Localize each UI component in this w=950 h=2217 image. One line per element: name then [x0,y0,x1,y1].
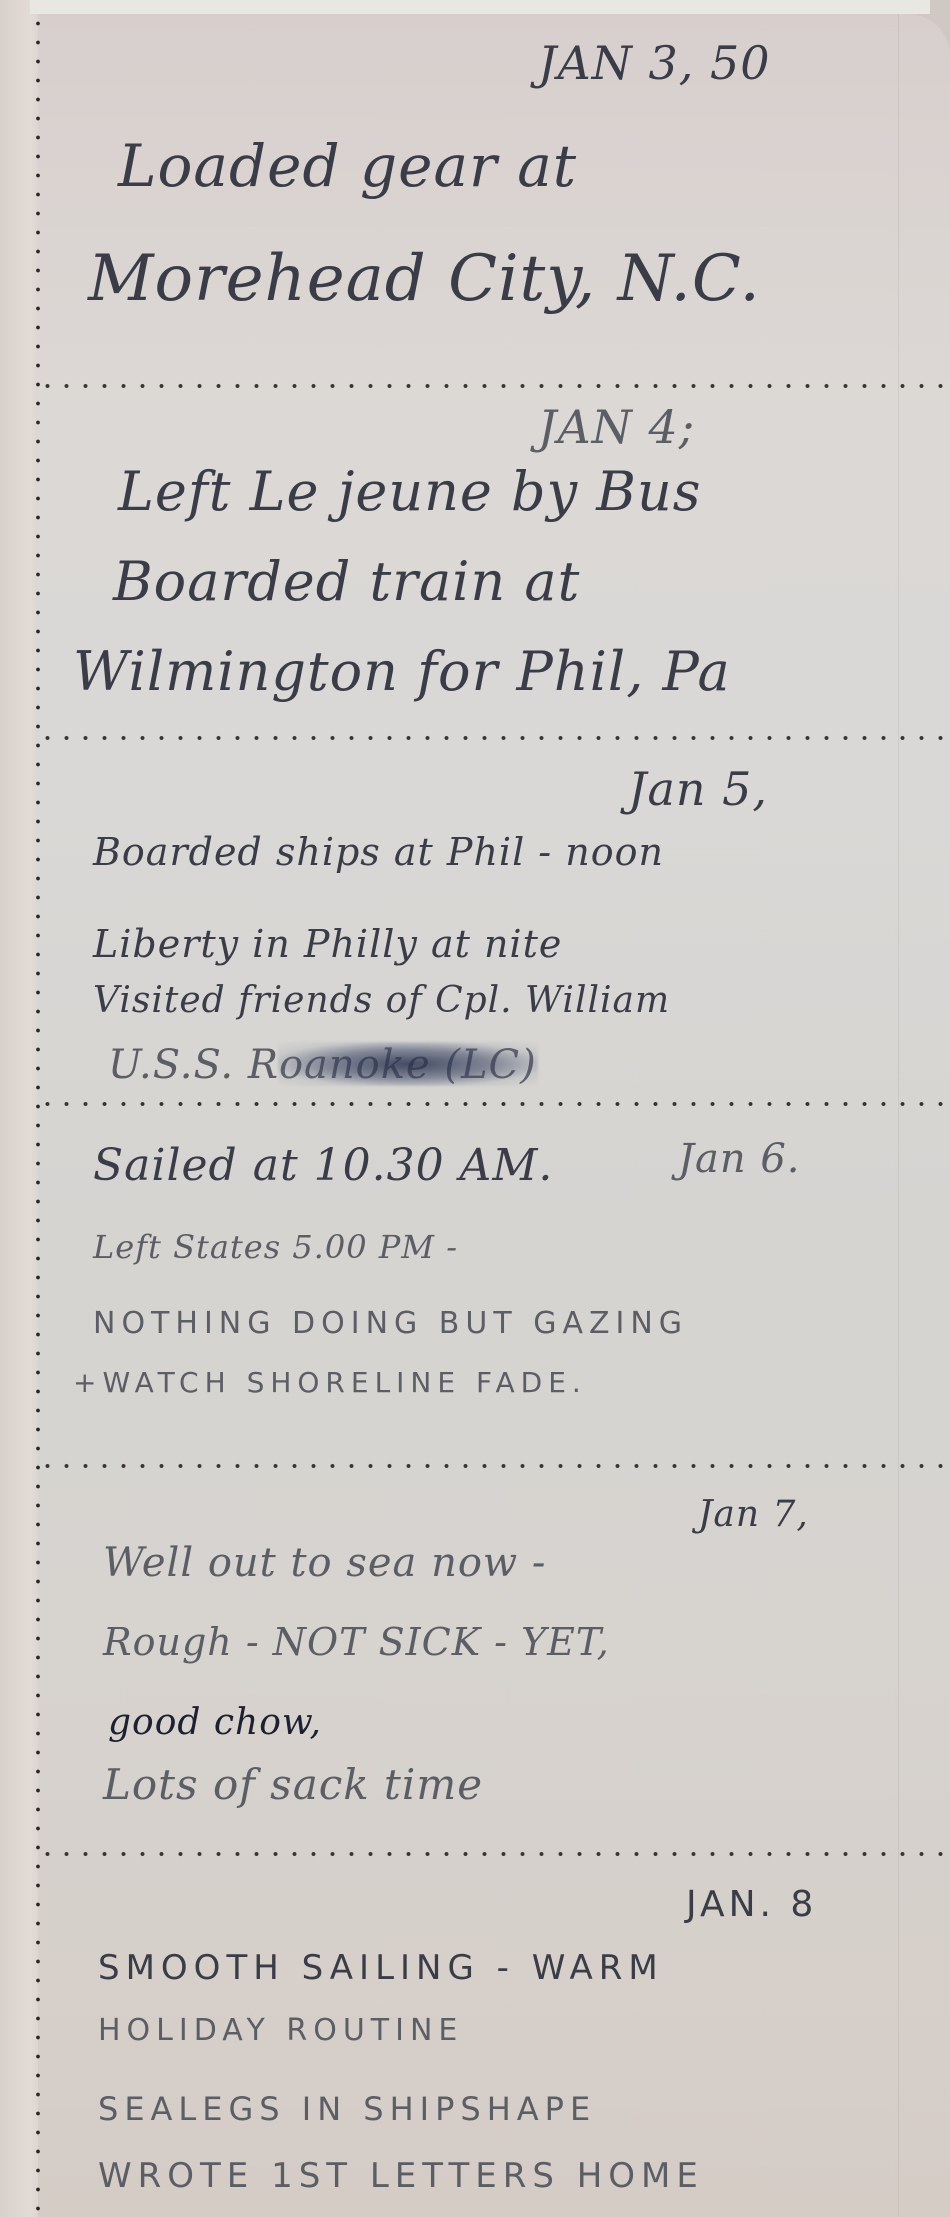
diary-entry-jan-6: Jan 6. Sailed at 10.30 AM. Left States 5… [38,1108,950,1458]
entry-date: Jan 6. [678,1136,801,1182]
entry-line: NOTHING DOING BUT GAZING [93,1306,688,1341]
entry-date: JAN 4; [538,400,695,454]
entry-line: Boarded train at [113,550,580,613]
binding-perforation [34,14,42,2217]
entry-line: HOLIDAY ROUTINE [98,2013,463,2048]
entry-line: Well out to sea now - [103,1540,546,1586]
perforation-line [38,734,950,742]
diary-entry-jan-5: Jan 5, Boarded ships at Phil - noon Libe… [38,742,950,1102]
next-page-edge [30,0,930,14]
entry-line: Wilmington for Phil, Pa [73,640,731,703]
entry-line: good chow, [108,1702,322,1743]
entry-line: Visited friends of Cpl. William [93,980,670,1021]
entry-line: Morehead City, N.C. [88,242,761,316]
perforation-line [38,1850,950,1858]
entry-line: Sailed at 10.30 AM. [93,1140,553,1191]
entry-line: Liberty in Philly at nite [93,922,562,966]
diary-page: JAN 3, 50 Loaded gear at Morehead City, … [38,14,950,2217]
entry-line: SMOOTH SAILING - WARM [98,1948,664,1988]
diary-entry-jan-8: JAN. 8 SMOOTH SAILING - WARM HOLIDAY ROU… [38,1858,950,2217]
perforation-line [38,1100,950,1108]
entry-line: WROTE 1ST LETTERS HOME [98,2156,704,2196]
diary-entry-jan-4: JAN 4; Left Le jeune by Bus Boarded trai… [38,390,950,730]
entry-line: Loaded gear at [118,132,577,200]
entry-line: SEALEGS IN SHIPSHAPE [98,2090,596,2128]
diary-entry-jan-3: JAN 3, 50 Loaded gear at Morehead City, … [38,14,950,384]
entry-line: +WATCH SHORELINE FADE. [73,1366,587,1399]
entry-date: JAN. 8 [686,1884,817,1925]
scribbled-out-text [278,1042,538,1086]
entry-date: Jan 5, [628,762,768,816]
perforation-line [38,382,950,390]
entry-date: JAN 3, 50 [538,36,771,90]
entry-line: Left States 5.00 PM - [93,1228,458,1266]
entry-line: Boarded ships at Phil - noon [93,830,664,874]
entry-line: Lots of sack time [103,1760,483,1809]
perforation-line [38,1462,950,1470]
entry-line: Rough - NOT SICK - YET, [103,1620,610,1664]
entry-line: Left Le jeune by Bus [118,460,701,523]
entry-date: Jan 7, [698,1494,809,1535]
diary-entry-jan-7: Jan 7, Well out to sea now - Rough - NOT… [38,1470,950,1850]
